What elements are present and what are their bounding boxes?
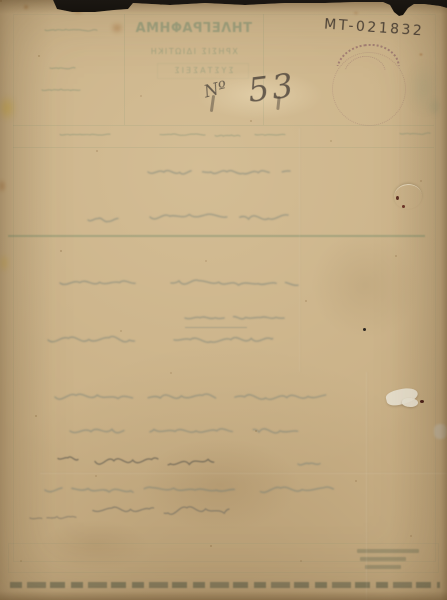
showthrough-handwriting-line	[70, 419, 322, 443]
showthrough-label	[60, 130, 110, 139]
showthrough-handwriting-underline	[185, 327, 247, 328]
footer-instructions-line-showthrough	[10, 582, 440, 588]
torn-edge-shadow	[0, 0, 447, 14]
handwriting-stroke	[150, 214, 288, 219]
handwriting-stroke	[48, 336, 292, 342]
handwriting-stroke	[45, 29, 97, 31]
showthrough-handwriting-line	[298, 458, 320, 470]
showthrough-telegram-title: ΤΗΛΕΓΡΑΦΗΜΑ	[124, 21, 263, 36]
handwriting-stroke	[95, 458, 227, 465]
handwriting-stroke	[93, 507, 243, 515]
document-scan: ΤΗΛΕΓΡΑΦΗΜΑ ΧΡΗΣΙΣ ΙΔΙΩΤΙΚΗ ΣΥΣΤΑΣΕΙΣ	[0, 0, 447, 600]
showthrough-label	[45, 26, 97, 34]
right-edge-shadow	[441, 0, 447, 600]
yellow-stain-left-edge	[0, 250, 12, 276]
showthrough-handwriting-line	[185, 311, 291, 325]
handwriting-line-graphite	[93, 499, 243, 522]
handwriting-date-fragment	[30, 511, 84, 525]
handwriting-stroke	[215, 135, 240, 136]
showthrough-label	[42, 86, 80, 94]
fold-crease-horizontal	[40, 472, 447, 474]
showthrough-label	[215, 131, 240, 140]
handwriting-stroke	[42, 89, 80, 90]
damage-speck	[420, 400, 424, 403]
showthrough-handwriting-line	[60, 272, 298, 294]
handwriting-stroke	[58, 457, 78, 460]
rust-stain	[108, 20, 126, 36]
handwriting-stroke	[185, 317, 291, 319]
handwriting-stroke	[60, 280, 298, 285]
showthrough-box-label: ΣΥΣΤΑΣΕΙΣ	[157, 63, 249, 79]
showthrough-handwriting-line	[45, 479, 345, 501]
handwriting-stroke	[148, 171, 290, 174]
showthrough-label	[50, 64, 75, 72]
fold-crease-vertical	[366, 372, 368, 600]
showthrough-handwriting-line	[88, 214, 118, 226]
form-hline-showthrough	[13, 147, 434, 148]
handwriting-stroke	[255, 134, 285, 135]
showthrough-handwriting-line	[55, 385, 350, 409]
footer-print-token-showthrough	[365, 565, 401, 569]
bottom-edge-shadow	[0, 591, 447, 600]
handwriting-stroke	[60, 134, 110, 135]
damage-speck	[402, 205, 405, 208]
showthrough-label	[160, 130, 205, 139]
showthrough-handwriting-line	[148, 163, 290, 181]
handwriting-stroke	[400, 133, 430, 135]
showthrough-label	[400, 129, 430, 138]
handwriting-line-graphite	[58, 452, 78, 465]
stamp-inner-arc	[344, 56, 388, 70]
fold-crease-vertical	[299, 128, 301, 372]
fold-crease-vertical	[398, 16, 400, 200]
ink-speck	[363, 328, 366, 331]
handwriting-stroke	[30, 516, 84, 519]
telegram-paper-verso: ΤΗΛΕΓΡΑΦΗΜΑ ΧΡΗΣΙΣ ΙΔΙΩΤΙΚΗ ΣΥΣΤΑΣΕΙΣ	[0, 0, 447, 600]
handwriting-stroke	[70, 429, 322, 434]
handwriting-stroke	[55, 393, 350, 399]
showthrough-handwriting-line	[48, 330, 292, 350]
handwriting-stroke	[298, 463, 320, 465]
rust-stain	[418, 52, 424, 57]
handwriting-stroke	[88, 218, 118, 222]
showthrough-handwriting-line	[150, 206, 288, 228]
rust-stain-left-edge	[0, 176, 8, 196]
showthrough-private-use-label: ΧΡΗΣΙΣ ΙΔΙΩΤΙΚΗ	[124, 47, 263, 56]
showthrough-label	[255, 130, 285, 139]
handwriting-stroke	[45, 487, 345, 492]
handwriting-line-graphite	[95, 449, 227, 474]
handwriting-stroke	[50, 68, 75, 69]
form-address-line-showthrough	[8, 235, 425, 237]
rust-stain	[70, 4, 86, 16]
document-number-value: 53	[246, 65, 298, 110]
handwriting-stroke	[160, 134, 205, 135]
